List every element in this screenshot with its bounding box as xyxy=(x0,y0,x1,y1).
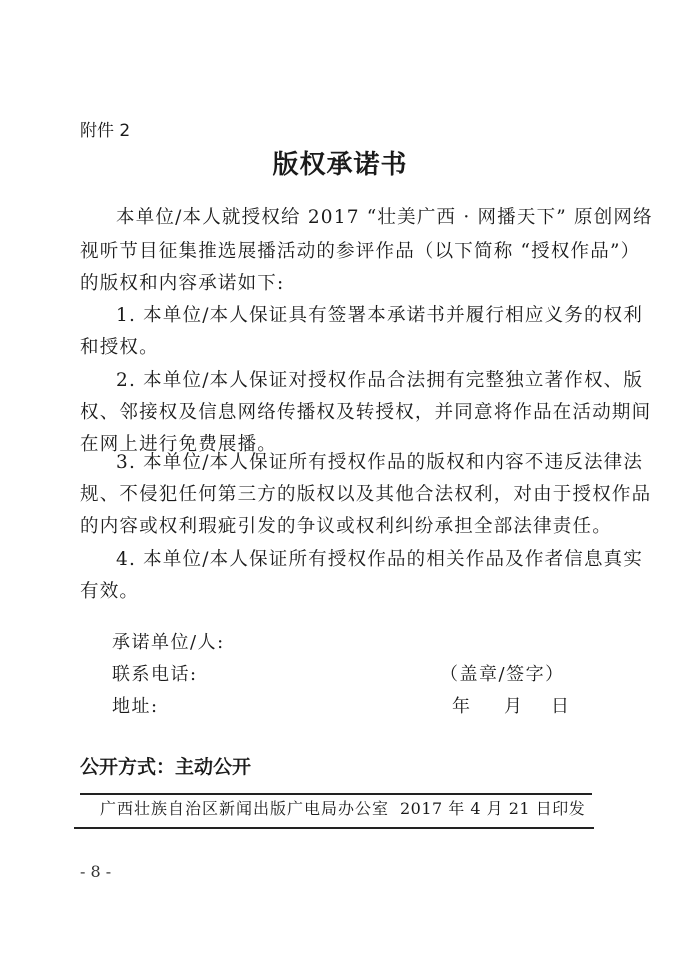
phone-label: 联系电话: xyxy=(112,660,198,686)
intro-line-3: 的版权和内容承诺如下: xyxy=(80,269,284,295)
month-label: 月 xyxy=(504,692,524,718)
page-number: - 8 - xyxy=(80,862,111,881)
year-label: 年 xyxy=(452,692,472,718)
intro-line-2: 视听节目征集推选展播活动的参评作品（以下简称 “授权作品”） xyxy=(80,237,640,263)
disclosure-method: 公开方式：主动公开 xyxy=(80,752,251,779)
item-3-line-2: 规、不侵犯任何第三方的版权以及其他合法权利，对由于授权作品 xyxy=(80,480,651,506)
item-1-line-2: 和授权。 xyxy=(80,333,159,359)
party-label: 承诺单位/人: xyxy=(112,628,225,654)
document-title: 版权承诺书 xyxy=(0,144,680,181)
item-2-line-1: 2. 本单位/本人保证对授权作品合法拥有完整独立著作权、版 xyxy=(116,366,643,392)
footer-top-rule xyxy=(80,793,592,795)
item-4-line-2: 有效。 xyxy=(80,577,139,603)
seal-label: （盖章/签字） xyxy=(440,660,565,686)
address-label: 地址: xyxy=(112,692,159,718)
item-4-line-1: 4. 本单位/本人保证所有授权作品的相关作品及作者信息真实 xyxy=(116,545,643,571)
attachment-label: 附件 2 xyxy=(80,116,130,141)
footer-bottom-rule xyxy=(74,827,594,829)
day-label: 日 xyxy=(551,692,571,718)
item-2-line-2: 权、邻接权及信息网络传播权及转授权，并同意将作品在活动期间 xyxy=(80,398,651,424)
item-1-line-1: 1. 本单位/本人保证具有签署本承诺书并履行相应义务的权利 xyxy=(116,301,643,327)
intro-line-1: 本单位/本人就授权给 2017 “壮美广西 · 网播天下” 原创网络 xyxy=(116,203,653,229)
issue-date: 2017 年 4 月 21 日印发 xyxy=(400,796,585,819)
item-3-line-3: 的内容或权利瑕疵引发的争议或权利纠纷承担全部法律责任。 xyxy=(80,512,612,538)
item-3-line-1: 3. 本单位/本人保证所有授权作品的版权和内容不违反法律法 xyxy=(116,448,643,474)
issuer-name: 广西壮族自治区新闻出版广电局办公室 xyxy=(100,796,389,819)
